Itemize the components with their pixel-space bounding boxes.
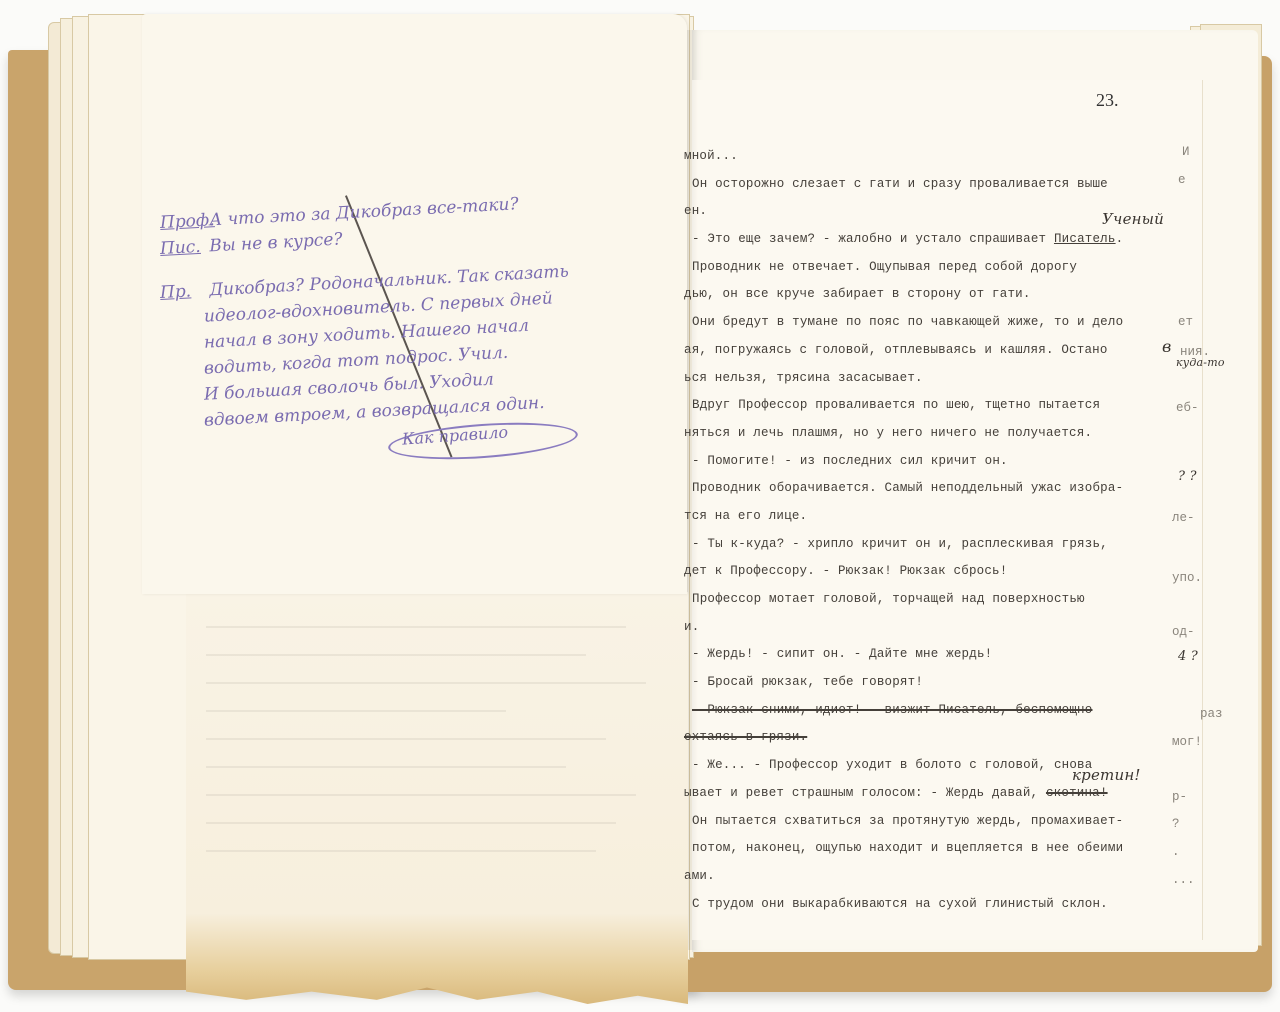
typed-line: мной...: [684, 143, 1154, 171]
typed-line: - Это еще зачем? - жалобно и устало спра…: [684, 226, 1154, 254]
typed-line: Проводник оборачивается. Самый неподдель…: [684, 475, 1154, 503]
typed-line: - Бросай рюкзак, тебе говорят!: [684, 669, 1154, 697]
typed-line-struck: - Рюкзак сними, идиот! - визжит Писатель…: [684, 697, 1154, 725]
typed-line: ая, погружаясь с головой, отплевываясь и…: [684, 337, 1154, 365]
typed-line: и.: [684, 614, 1154, 642]
ghost-line: [206, 794, 636, 796]
typed-text: ывает и ревет страшным голосом: - Жердь …: [684, 786, 1046, 800]
ghost-line: [206, 766, 566, 768]
underlined-word: Писатель: [1054, 232, 1116, 246]
margin-fragment: раз: [1200, 707, 1223, 721]
typed-line: - Ты к-куда? - хрипло кричит он и, распл…: [684, 531, 1154, 559]
handwritten-edit: 4 ?: [1178, 643, 1198, 671]
margin-fragment: од-: [1172, 625, 1195, 639]
typed-line: ывает и ревет страшным голосом: - Жердь …: [684, 780, 1154, 808]
handwritten-edit: кретин!: [1072, 762, 1141, 790]
ghost-line: [206, 626, 626, 628]
ghost-line: [206, 682, 646, 684]
margin-fragment: ...: [1172, 873, 1195, 887]
typed-text-block: мной... Он осторожно слезает с гати и ср…: [684, 143, 1154, 918]
typed-line: дет к Профессору. - Рюкзак! Рюкзак сброс…: [684, 558, 1154, 586]
typed-text: Проводник оборачивается. Самый неподдель…: [692, 481, 1123, 495]
margin-fragment: р-: [1172, 790, 1187, 804]
typed-line: потом, наконец, ощупью находит и вцепляе…: [684, 835, 1154, 863]
typed-line: Он осторожно слезает с гати и сразу пров…: [684, 171, 1154, 199]
margin-fragment: упо.: [1172, 571, 1202, 585]
margin-fragment: мог!: [1172, 735, 1202, 749]
typed-line: ься нельзя, трясина засасывает.: [684, 365, 1154, 393]
speaker-label: Пр.: [159, 278, 204, 306]
margin-fragment: И: [1182, 145, 1190, 159]
typed-line: Вдруг Профессор проваливается по шею, тщ…: [684, 392, 1154, 420]
margin-fragment: ле-: [1172, 511, 1195, 525]
handwritten-edit: ? ?: [1178, 463, 1197, 491]
typed-text: ая, погружаясь с головой, отплевываясь и…: [684, 343, 1108, 357]
page-number: 23.: [1096, 90, 1119, 111]
typed-line: тся на его лице.: [684, 503, 1154, 531]
bleed-through-lines: [186, 600, 676, 852]
typed-text: - Жердь! - сипит он. - Дайте мне жердь!: [692, 647, 992, 661]
margin-fragment: ?: [1172, 817, 1180, 831]
typed-line: няться и лечь плашмя, но у него ничего н…: [684, 420, 1154, 448]
typed-line: Профессор мотает головой, торчащей над п…: [684, 586, 1154, 614]
margin-fragment: еб-: [1176, 401, 1199, 415]
handwritten-edit: Ученый: [1102, 206, 1164, 234]
typed-line: ами.: [684, 863, 1154, 891]
margin-fragment: .: [1172, 845, 1180, 859]
note-text: Вы не в курсе?: [209, 229, 343, 256]
typed-line: Проводник не отвечает. Ощупывая перед со…: [684, 254, 1154, 282]
ghost-line: [206, 738, 606, 740]
ghost-line: [206, 654, 586, 656]
typed-line: - Помогите! - из последних сил кричит он…: [684, 448, 1154, 476]
typed-line: ен.: [684, 198, 1154, 226]
speaker-label: Пис.: [159, 234, 204, 262]
handwritten-edit: в: [1162, 333, 1172, 361]
typed-line: Он пытается схватиться за протянутую жер…: [684, 808, 1154, 836]
speaker-label: Проф.: [159, 208, 204, 236]
typed-line: Они бредут в тумане по пояс по чавкающей…: [684, 309, 1154, 337]
ghost-line: [206, 710, 506, 712]
typed-line: С трудом они выкарабкиваются на сухой гл…: [684, 891, 1154, 919]
typed-line: - Жердь! - сипит он. - Дайте мне жердь! …: [684, 641, 1154, 669]
typed-text: - Это еще зачем? - жалобно и устало спра…: [692, 232, 1054, 246]
margin-fragment: ния.: [1180, 345, 1210, 359]
margin-fragment: ет: [1178, 315, 1193, 329]
typed-line: дью, он все круче забирает в сторону от …: [684, 281, 1154, 309]
ghost-line: [206, 822, 616, 824]
typed-line-struck: ехтаясь в грязи.: [684, 724, 1154, 752]
margin-fragment: е: [1178, 173, 1186, 187]
typed-text: .: [1116, 232, 1124, 246]
ghost-line: [206, 850, 596, 852]
handwritten-note: Проф. А что это за Дикобраз все-таки? Пи…: [160, 210, 680, 436]
